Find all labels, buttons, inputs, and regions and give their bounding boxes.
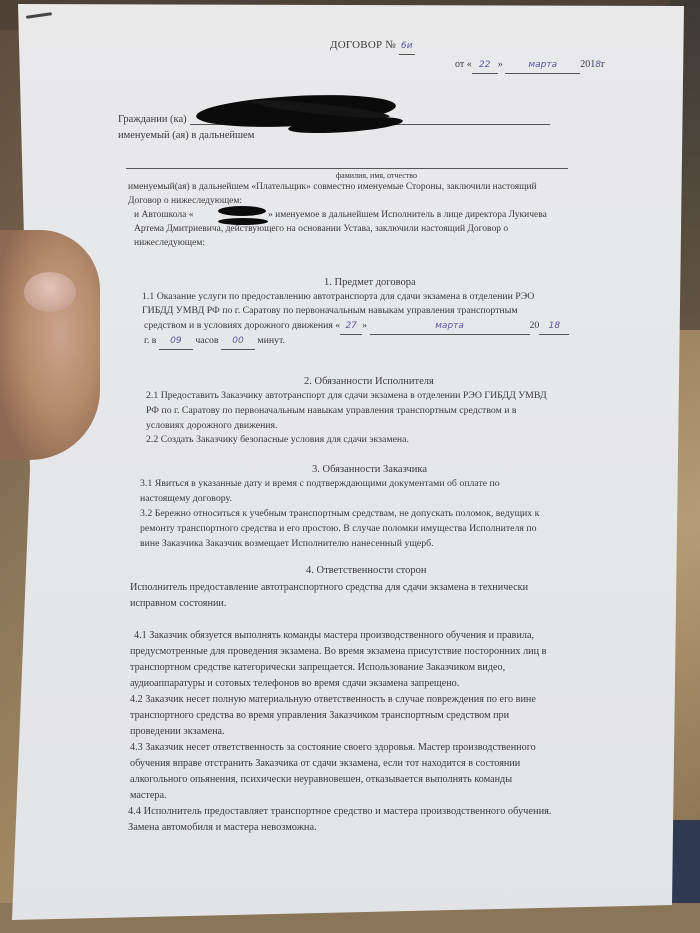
intro-line: именуемый(ая) в дальнейшем «Плательщик» … bbox=[128, 180, 537, 194]
section-line: мастера. bbox=[130, 788, 167, 803]
section-line: обучения вправе отстранить Заказчика от … bbox=[130, 756, 520, 771]
section-line: Замена автомобиля и мастера невозможна. bbox=[128, 820, 317, 836]
section-line: 3.1 Явиться в указанные дату и время с п… bbox=[140, 477, 500, 492]
minutes-label: минут. bbox=[257, 335, 285, 346]
exam-year: 18 bbox=[539, 320, 569, 335]
contract-document: ДОГОВОР № 6и от «22» марта2018г Граждани… bbox=[0, 0, 700, 933]
named-label: именуемый (ая) в дальнейшем bbox=[118, 128, 254, 144]
section-line: ремонту транспортного средства и его про… bbox=[140, 522, 537, 537]
section-line: средством и в условиях дорожного движени… bbox=[144, 319, 569, 335]
section-heading: 2. Обязанности Исполнителя bbox=[304, 374, 434, 390]
date-prefix: от « bbox=[455, 59, 472, 70]
section-line: 2.1 Предоставить Заказчику автотранспорт… bbox=[146, 389, 547, 404]
title-text: ДОГОВОР № bbox=[330, 39, 396, 51]
intro-line: » именуемое в дальнейшем Исполнитель в л… bbox=[268, 208, 547, 222]
redaction-scribble bbox=[218, 206, 266, 216]
section-line: проведении экзамена. bbox=[130, 724, 225, 739]
line-text: средством и в условиях дорожного движени… bbox=[144, 320, 340, 331]
section-line: РФ по г. Саратову по первоначальным навы… bbox=[146, 404, 517, 419]
section-line: вине Заказчика Заказчик возмещает Исполн… bbox=[140, 537, 434, 552]
section-line: предусмотренные для проведения экзамена.… bbox=[130, 644, 546, 659]
section-line: ГИБДД УМВД РФ по г. Саратову по первонач… bbox=[142, 304, 518, 319]
intro-line: Договор о нижеследующем: bbox=[128, 194, 242, 208]
section-line: 4.3 Заказчик несет ответственность за со… bbox=[130, 740, 536, 755]
contract-number: 6и bbox=[399, 40, 415, 55]
date-year-prefix: 201 bbox=[580, 59, 595, 70]
section-line: алкогольного опьянения, психически неура… bbox=[130, 772, 512, 787]
section-line: 3.2 Бережно относиться к учебным транспо… bbox=[140, 507, 539, 522]
section-heading: 1. Предмет договора bbox=[324, 275, 416, 291]
section-heading: 4. Ответственности сторон bbox=[306, 563, 426, 579]
section-line: настоящему договору. bbox=[140, 492, 232, 507]
section-line: транспортного средства во время управлен… bbox=[130, 708, 509, 723]
hand-thumb bbox=[0, 230, 100, 460]
contract-date: от «22» марта2018г bbox=[455, 57, 605, 74]
section-line: исправном состоянии. bbox=[130, 596, 226, 611]
year-prefix: 20 bbox=[530, 320, 540, 331]
section-line: г. в 09 часов 00 минут. bbox=[144, 334, 285, 350]
date-day: 22 bbox=[472, 59, 498, 74]
intro-line: и Автошкола « bbox=[134, 208, 194, 222]
section-line: 4.4 Исполнитель предоставляет транспортн… bbox=[128, 804, 552, 820]
document-title: ДОГОВОР № 6и bbox=[330, 37, 415, 55]
section-line: транспортном средстве категорически запр… bbox=[130, 660, 505, 675]
exam-day: 27 bbox=[340, 320, 362, 335]
section-heading: 3. Обязанности Заказчика bbox=[312, 462, 427, 478]
exam-month: марта bbox=[370, 320, 530, 335]
exam-hours: 09 bbox=[159, 335, 193, 350]
date-month: марта bbox=[505, 59, 580, 74]
section-line: 4.1 Заказчик обязуется выполнять команды… bbox=[134, 628, 534, 643]
hours-label: часов bbox=[195, 335, 218, 346]
section-line: аудиоаппаратуры и сотовых телефонов во в… bbox=[130, 676, 459, 691]
fio-line bbox=[126, 168, 568, 169]
citizen-label: Граждании (ка) bbox=[118, 112, 187, 128]
exam-minutes: 00 bbox=[221, 335, 255, 350]
time-prefix: г. в bbox=[144, 335, 156, 346]
section-line: условиях дорожного движения. bbox=[146, 419, 278, 434]
intro-line: нижеследующем: bbox=[134, 236, 205, 250]
section-line: 2.2 Создать Заказчику безопасные условия… bbox=[146, 433, 409, 448]
section-line: 4.2 Заказчик несет полную материальную о… bbox=[130, 692, 536, 707]
section-line: 1.1 Оказание услуги по предоставлению ав… bbox=[142, 290, 534, 305]
date-mid: » bbox=[498, 59, 503, 70]
intro-line: Артема Дмитриевича, действующего на осно… bbox=[134, 222, 508, 236]
section-line: Исполнитель предоставление автотранспорт… bbox=[130, 580, 528, 595]
thumbnail bbox=[24, 272, 76, 312]
date-suffix: г bbox=[601, 59, 605, 70]
